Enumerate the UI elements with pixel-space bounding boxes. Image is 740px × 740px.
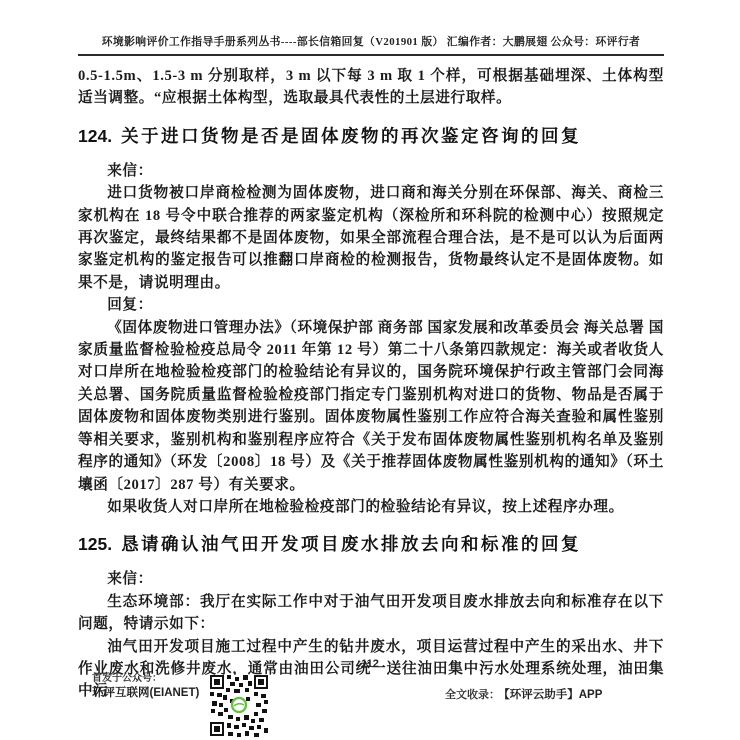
footer-app-note: 全文收录：【环评云助手】APP: [445, 686, 602, 702]
footer-app-name: 【环评云助手】APP: [504, 689, 602, 701]
qr-code-icon: [210, 675, 268, 738]
header-text: 环境影响评价工作指导手册系列丛书----部长信箱回复（V201901 版） 汇编…: [102, 36, 641, 48]
footer-publisher: 首发于公众号： 环评互联网(EIANET): [92, 672, 199, 701]
section-124-heading: 124.关于进口货物是否是固体废物的再次鉴定咨询的回复: [78, 124, 664, 148]
letter-label: 来信：: [78, 160, 664, 182]
page-content: 环境影响评价工作指导手册系列丛书----部长信箱回复（V201901 版） 汇编…: [78, 34, 664, 703]
reply-paragraph: 《固体废物进口管理办法》（环境保护部 商务部 国家发展和改革委员会 海关总署 国…: [78, 317, 664, 496]
section-125-heading: 125.恳请确认油气田开发项目废水排放去向和标准的回复: [78, 532, 664, 556]
letter-label: 来信：: [78, 568, 664, 590]
qr-code-graphic: [210, 675, 268, 738]
footer-publisher-caption: 首发于公众号：: [92, 672, 199, 686]
section-125-title: 恳请确认油气田开发项目废水排放去向和标准的回复: [121, 534, 581, 554]
section-124-number: 124.: [78, 126, 112, 146]
letter-paragraph: 生态环境部：我厅在实际工作中对于油气田开发项目废水排放去向和标准存在以下问题，特…: [78, 591, 664, 636]
footer-app-caption: 全文收录：: [445, 689, 500, 701]
intro-paragraph: 0.5-1.5m、1.5-3 m 分别取样，3 m 以下每 3 m 取 1 个样…: [78, 65, 664, 110]
document-page: 环境影响评价工作指导手册系列丛书----部长信箱回复（V201901 版） 汇编…: [0, 0, 740, 740]
page-number: 112: [0, 658, 740, 670]
section-125-number: 125.: [78, 534, 112, 554]
footer-publisher-name: 环评互联网(EIANET): [92, 686, 199, 701]
letter-paragraph: 进口货物被口岸商检检测为固体废物，进口商和海关分别在环保部、海关、商检三家机构在…: [78, 182, 664, 294]
section-124-title: 关于进口货物是否是固体废物的再次鉴定咨询的回复: [121, 126, 581, 146]
reply-paragraph: 如果收货人对口岸所在地检验检疫部门的检验结论有异议，按上述程序办理。: [78, 496, 664, 518]
reply-label: 回复：: [78, 294, 664, 316]
page-header: 环境影响评价工作指导手册系列丛书----部长信箱回复（V201901 版） 汇编…: [78, 34, 664, 56]
